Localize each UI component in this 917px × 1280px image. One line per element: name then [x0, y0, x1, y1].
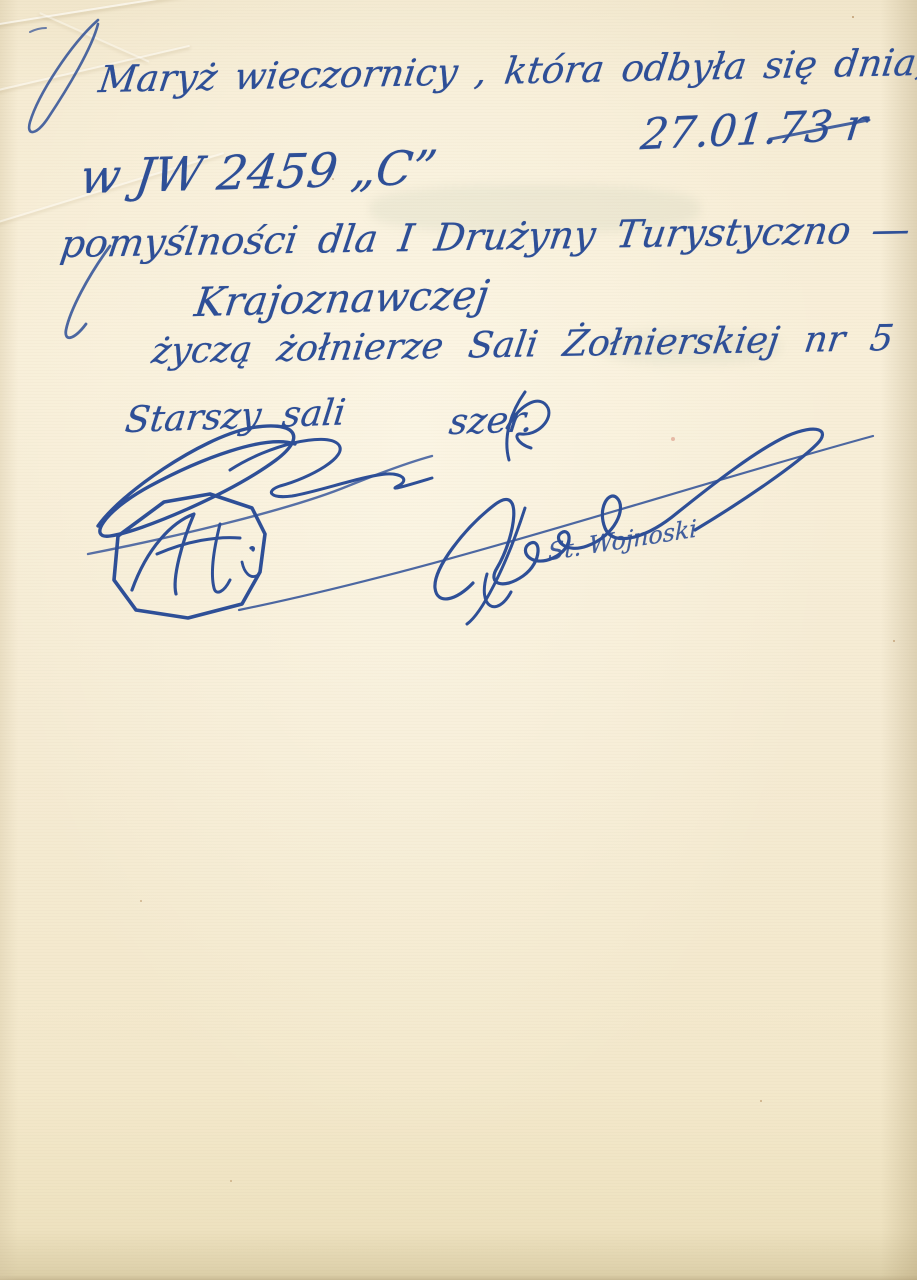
handwritten-line-3: pomyślności dla I Drużyny Turystyczno —: [58, 207, 913, 266]
scanned-document-page: Maryż wieczornicy , która odbyła się dni…: [0, 0, 917, 1280]
initial-flourish: [52, 238, 122, 348]
signature-right-scrawl: [225, 378, 885, 633]
handwritten-date: 27.01.73 r: [638, 100, 869, 160]
handwritten-line-1: Maryż wieczornicy , która odbyła się dni…: [96, 41, 917, 101]
handwritten-line-5: życzą żołnierze Sali Żołnierskiej nr 5: [149, 318, 896, 372]
paper-speckles: [852, 16, 854, 18]
handwritten-line-4: Krajoznawczej: [192, 272, 492, 326]
handwritten-line-2: w JW 2459 „C”: [77, 141, 440, 206]
